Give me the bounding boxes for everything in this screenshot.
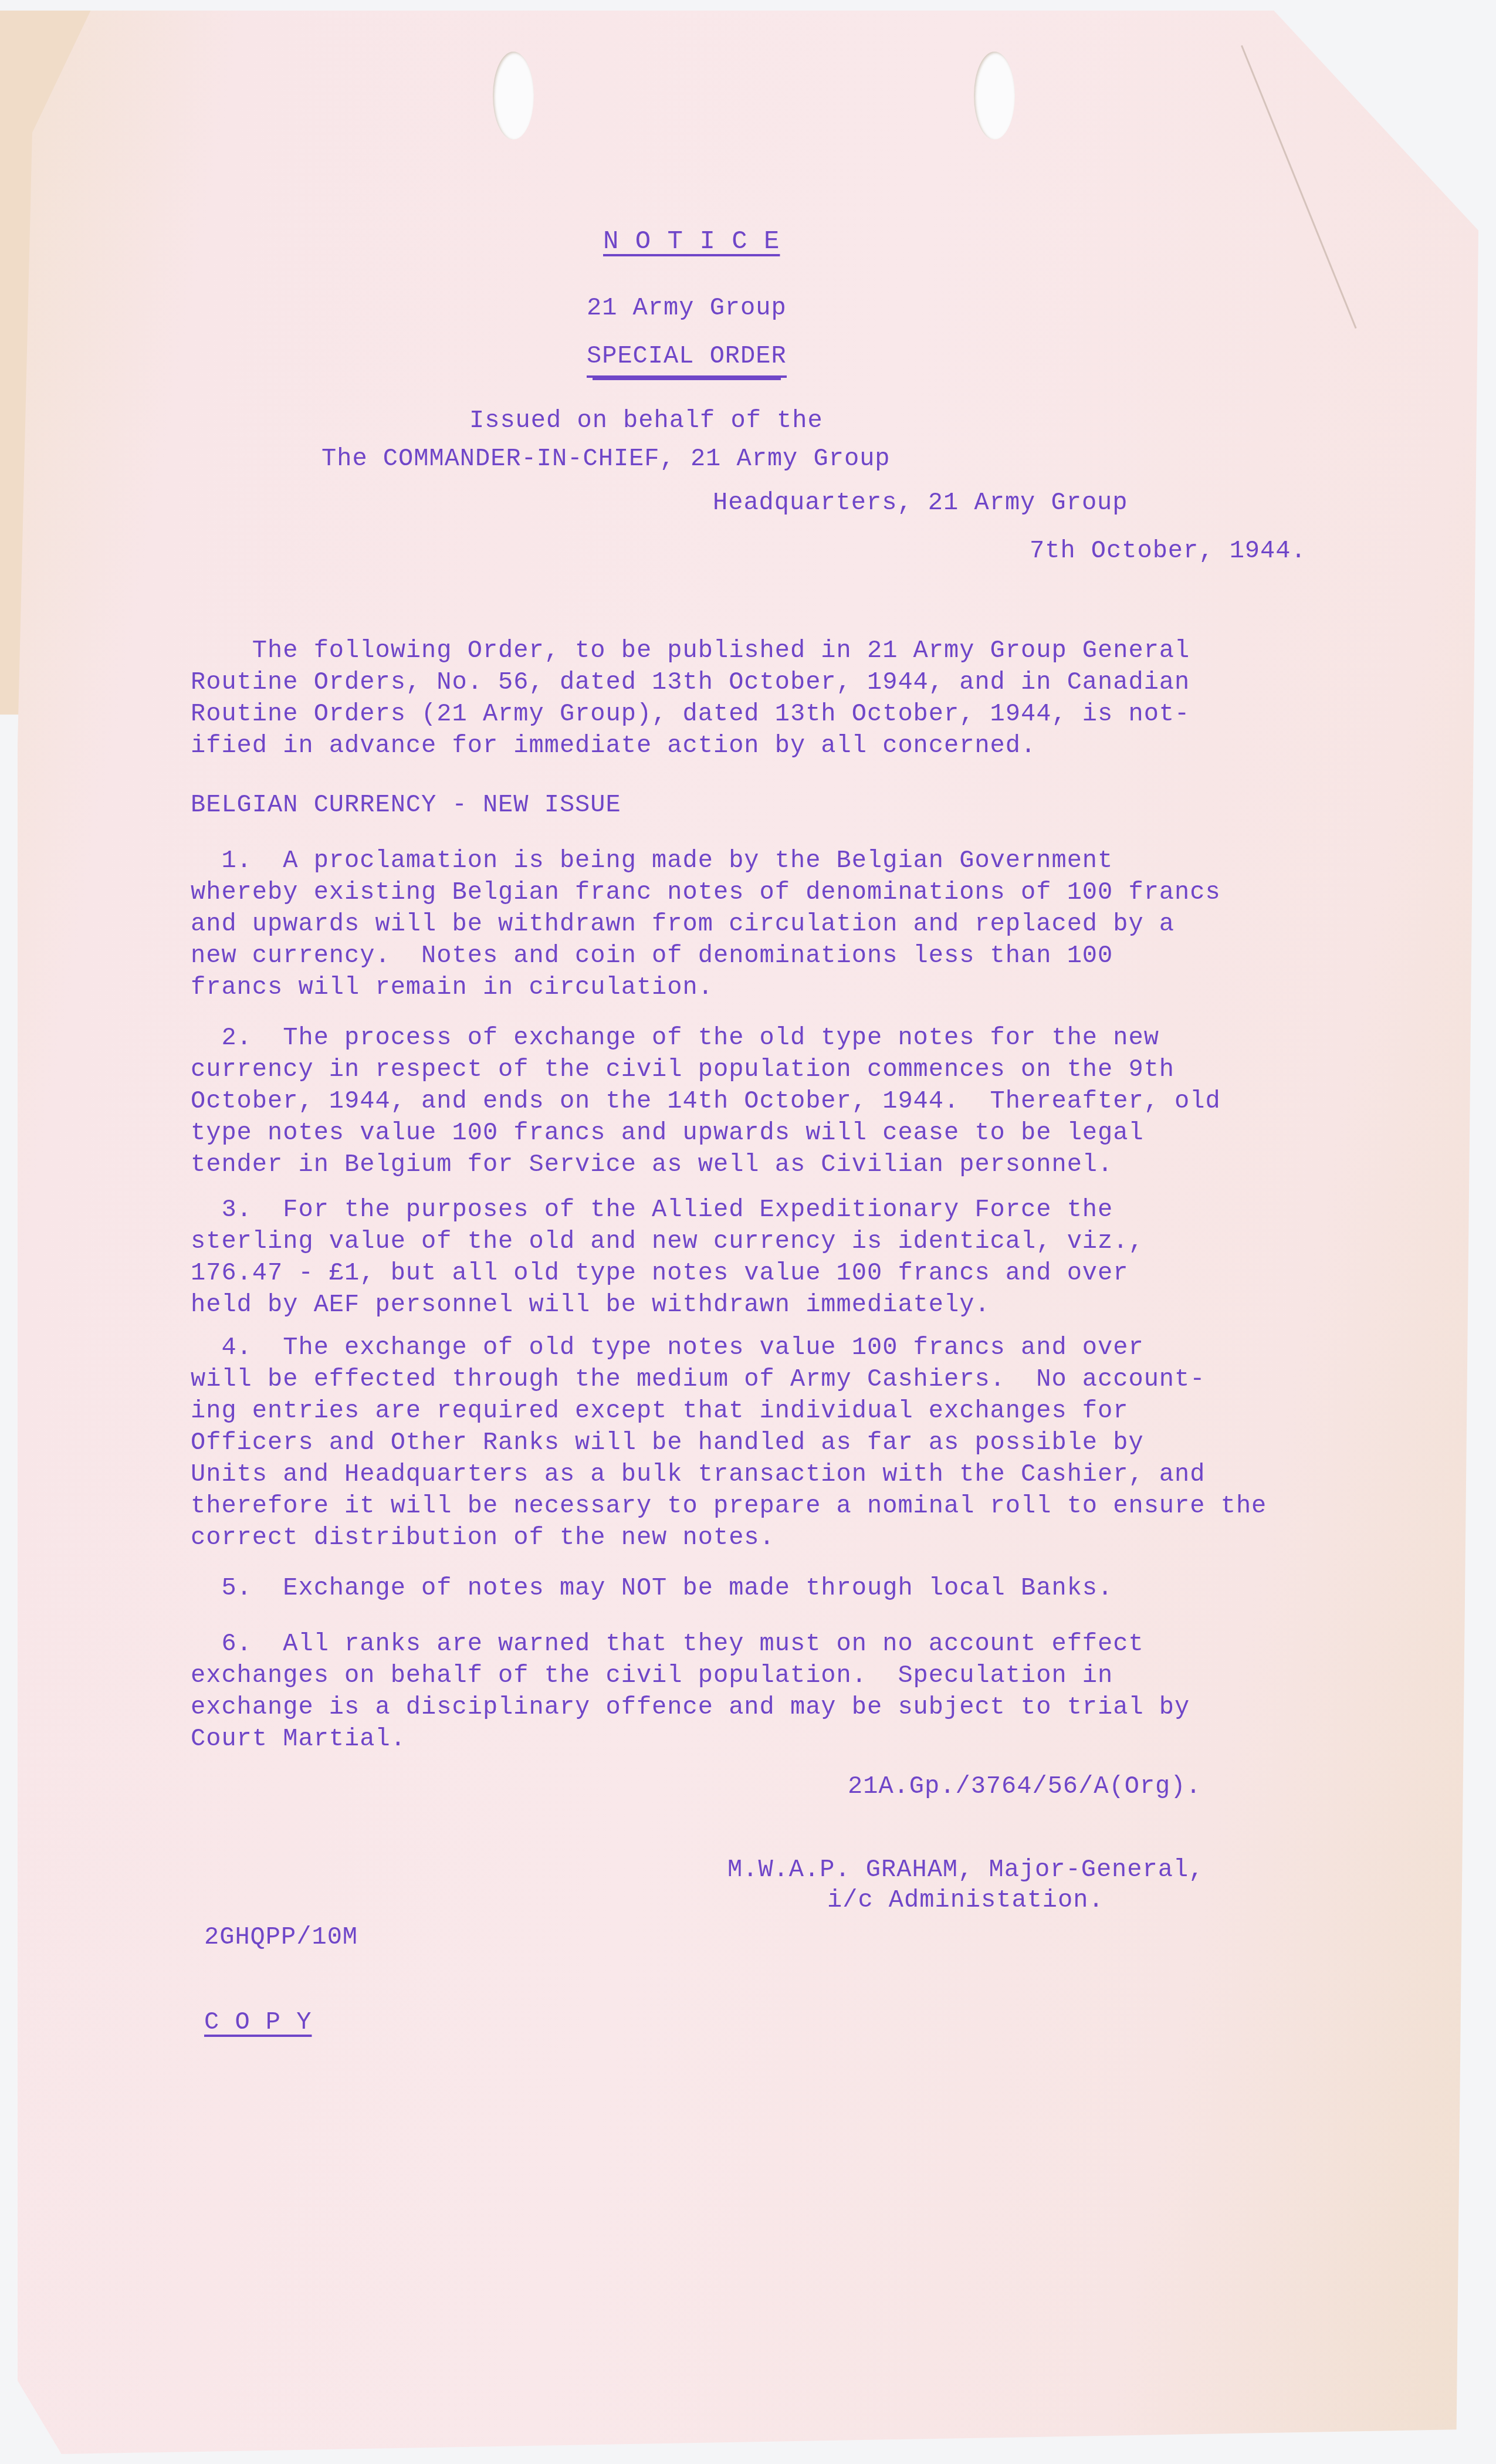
subject-line: BELGIAN CURRENCY - NEW ISSUE [191,789,621,821]
issued-line-1: Issued on behalf of the [469,405,823,436]
reference-number: 21A.Gp./3764/56/A(Org). [848,1771,1201,1802]
paragraph-6: 6. All ranks are warned that they must o… [191,1628,1190,1755]
order-type: SPECIAL ORDER [587,340,787,378]
intro-paragraph: The following Order, to be published in … [191,635,1190,761]
corner-fold-crease [1241,45,1357,329]
paragraph-3: 3. For the purposes of the Allied Expedi… [191,1194,1144,1321]
punch-hole-left [493,52,534,140]
paragraph-2: 2. The process of exchange of the old ty… [191,1022,1221,1180]
signatory-title: i/c Administation. [827,1884,1104,1916]
org-line: 21 Army Group [587,292,787,324]
hq-line: Headquarters, 21 Army Group [713,487,1128,519]
punch-hole-right [974,52,1015,140]
paragraph-4: 4. The exchange of old type notes value … [191,1332,1267,1553]
paragraph-1: 1. A proclamation is being made by the B… [191,845,1221,1003]
print-code: 2GHQPP/10M [204,1921,358,1953]
notice-heading: N O T I C E [603,226,780,258]
signatory-name: M.W.A.P. GRAHAM, Major-General, [727,1854,1204,1886]
paragraph-5: 5. Exchange of notes may NOT be made thr… [191,1572,1113,1604]
document-date: 7th October, 1944. [1030,535,1307,567]
issued-line-2: The COMMANDER-IN-CHIEF, 21 Army Group [321,443,891,475]
copy-mark: C O P Y [204,2006,312,2038]
